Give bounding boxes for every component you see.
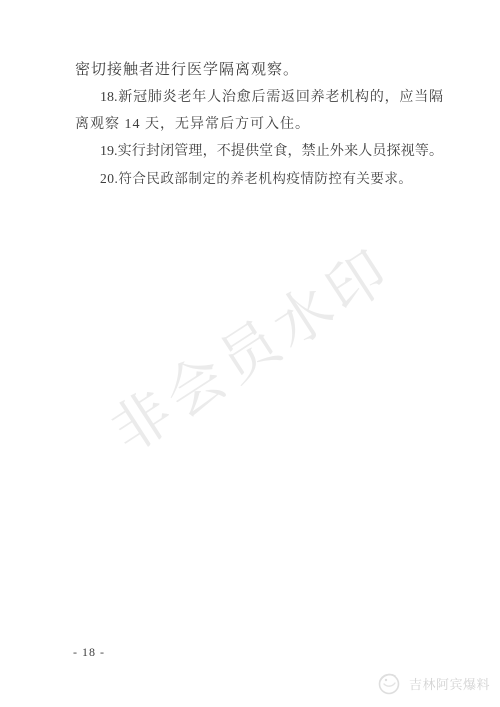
document-page: 密切接触者进行医学隔离观察。 18.新冠肺炎老年人治愈后需返回养老机构的，应当隔… <box>0 0 500 707</box>
body-line-2: 18.新冠肺炎老年人治愈后需返回养老机构的，应当隔 <box>75 84 443 111</box>
body-text: 密切接触者进行医学隔离观察。 18.新冠肺炎老年人治愈后需返回养老机构的，应当隔… <box>75 57 443 192</box>
body-line-5: 20.符合民政部制定的养老机构疫情防控有关要求。 <box>75 165 443 192</box>
body-line-3: 离观察 14 天，无异常后方可入住。 <box>75 111 443 138</box>
publisher-name: 吉林阿宾爆料 <box>409 674 490 693</box>
publisher-logo: 吉林阿宾爆料 <box>374 668 490 698</box>
body-line-4: 19.实行封闭管理，不提供堂食，禁止外来人员探视等。 <box>75 138 443 165</box>
page-number: - 18 - <box>73 645 105 660</box>
body-line-1: 密切接触者进行医学隔离观察。 <box>75 57 443 84</box>
publisher-mascot-icon <box>374 668 404 698</box>
non-member-watermark: 非会员水印 <box>92 224 406 469</box>
